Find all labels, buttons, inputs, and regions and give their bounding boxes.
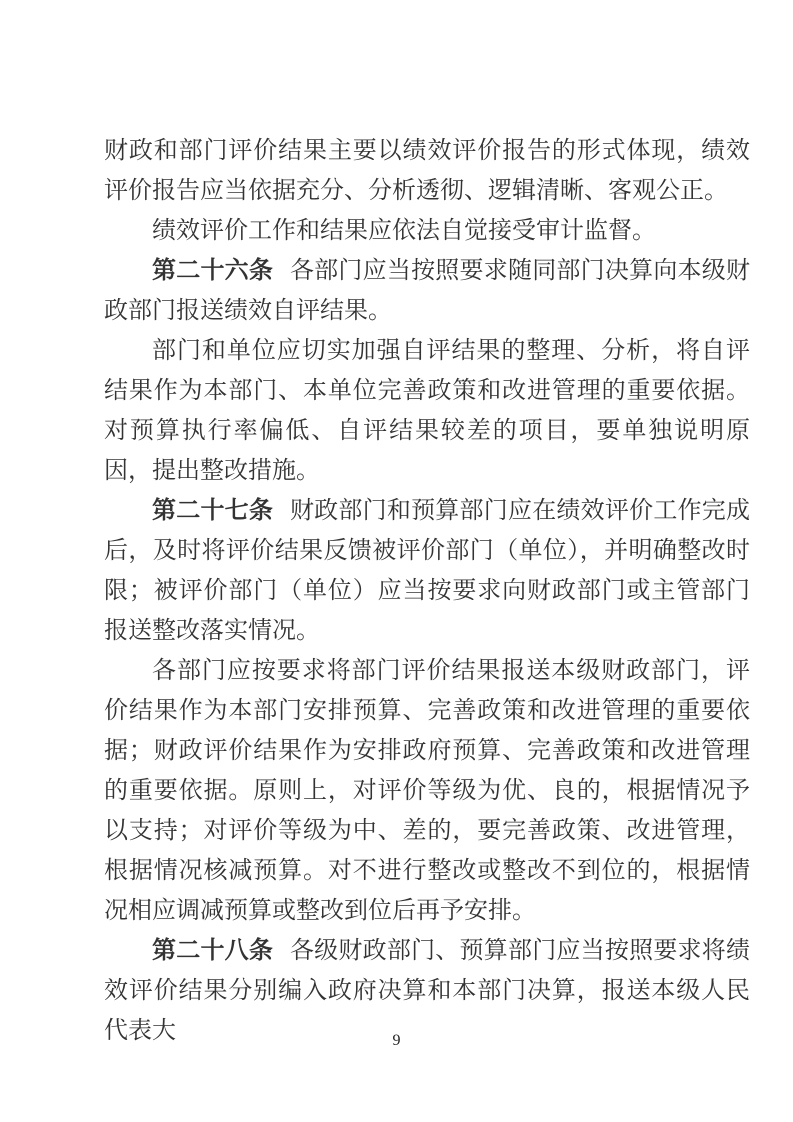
article-number: 第二十六条 — [152, 258, 273, 284]
paragraph-text: 绩效评价工作和结果应依法自觉接受审计监督。 — [152, 218, 656, 244]
paragraph-text: 各部门应按要求将部门评价结果报送本级财政部门，评价结果作为本部门安排预算、完善政… — [104, 658, 750, 924]
document-page: 财政和部门评价结果主要以绩效评价报告的形式体现，绩效评价报告应当依据充分、分析透… — [0, 0, 793, 1122]
paragraph-text: 部门和单位应切实加强自评结果的整理、分析，将自评结果作为本部门、本单位完善政策和… — [104, 338, 750, 484]
paragraph-text: 财政和部门评价结果主要以绩效评价报告的形式体现，绩效评价报告应当依据充分、分析透… — [104, 138, 750, 204]
article-number: 第二十八条 — [152, 938, 273, 964]
article-number: 第二十七条 — [152, 498, 273, 524]
paragraph-article-26: 第二十六条各部门应当按照要求随同部门决算向本级财政部门报送绩效自评结果。 — [104, 251, 750, 331]
paragraph: 绩效评价工作和结果应依法自觉接受审计监督。 — [104, 211, 750, 251]
paragraph: 财政和部门评价结果主要以绩效评价报告的形式体现，绩效评价报告应当依据充分、分析透… — [104, 131, 750, 211]
document-body-text: 财政和部门评价结果主要以绩效评价报告的形式体现，绩效评价报告应当依据充分、分析透… — [104, 131, 750, 1051]
page-number: 9 — [0, 1032, 793, 1050]
paragraph: 各部门应按要求将部门评价结果报送本级财政部门，评价结果作为本部门安排预算、完善政… — [104, 651, 750, 931]
paragraph: 部门和单位应切实加强自评结果的整理、分析，将自评结果作为本部门、本单位完善政策和… — [104, 331, 750, 491]
paragraph-article-27: 第二十七条财政部门和预算部门应在绩效评价工作完成后，及时将评价结果反馈被评价部门… — [104, 491, 750, 651]
